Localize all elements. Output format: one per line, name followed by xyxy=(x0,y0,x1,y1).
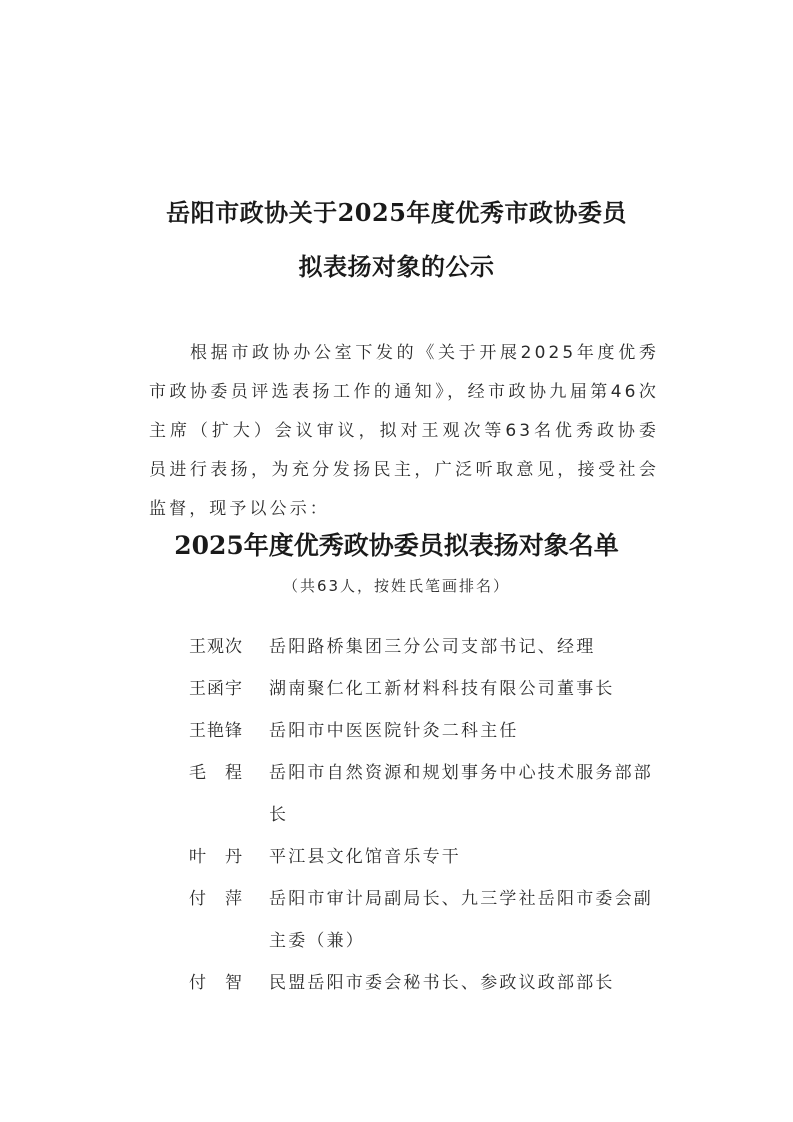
honoree-description: 岳阳市中医医院针灸二科主任 xyxy=(269,710,669,752)
honoree-row: 付 智 民盟岳阳市委会秘书长、参政议政部部长 xyxy=(189,962,669,1004)
honoree-description: 民盟岳阳市委会秘书长、参政议政部部长 xyxy=(269,962,669,1004)
honoree-description: 岳阳路桥集团三分公司支部书记、经理 xyxy=(269,626,669,668)
list-subtitle: （共63人，按姓氏笔画排名） xyxy=(0,575,793,596)
document-title-line-1: 岳阳市政协关于2025年度优秀市政协委员 xyxy=(0,193,793,228)
honoree-description: 湖南聚仁化工新材料科技有限公司董事长 xyxy=(269,668,669,710)
honoree-description: 岳阳市自然资源和规划事务中心技术服务部部长 xyxy=(269,752,669,836)
list-title: 2025年度优秀政协委员拟表扬对象名单 xyxy=(0,526,793,562)
honoree-row: 叶 丹 平江县文化馆音乐专干 xyxy=(189,836,669,878)
honoree-name: 毛 程 xyxy=(189,752,269,794)
honoree-row: 付 萍 岳阳市审计局副局长、九三学社岳阳市委会副主委（兼） xyxy=(189,878,669,962)
document-title-line-2: 拟表扬对象的公示 xyxy=(0,247,793,282)
honoree-name: 王观次 xyxy=(189,626,269,668)
honoree-name: 付 智 xyxy=(189,962,269,1004)
honoree-list: 王观次 岳阳路桥集团三分公司支部书记、经理 王函宇 湖南聚仁化工新材料科技有限公… xyxy=(189,626,669,1004)
intro-paragraph: 根据市政协办公室下发的《关于开展2025年度优秀市政协委员评选表扬工作的通知》，… xyxy=(149,334,659,529)
honoree-name: 王函宇 xyxy=(189,668,269,710)
honoree-row: 王观次 岳阳路桥集团三分公司支部书记、经理 xyxy=(189,626,669,668)
honoree-description: 平江县文化馆音乐专干 xyxy=(269,836,669,878)
honoree-name: 王艳锋 xyxy=(189,710,269,752)
honoree-row: 毛 程 岳阳市自然资源和规划事务中心技术服务部部长 xyxy=(189,752,669,836)
document-page: 岳阳市政协关于2025年度优秀市政协委员 拟表扬对象的公示 根据市政协办公室下发… xyxy=(0,0,793,1122)
honoree-description: 岳阳市审计局副局长、九三学社岳阳市委会副主委（兼） xyxy=(269,878,669,962)
honoree-row: 王艳锋 岳阳市中医医院针灸二科主任 xyxy=(189,710,669,752)
honoree-name: 付 萍 xyxy=(189,878,269,920)
honoree-row: 王函宇 湖南聚仁化工新材料科技有限公司董事长 xyxy=(189,668,669,710)
honoree-name: 叶 丹 xyxy=(189,836,269,878)
